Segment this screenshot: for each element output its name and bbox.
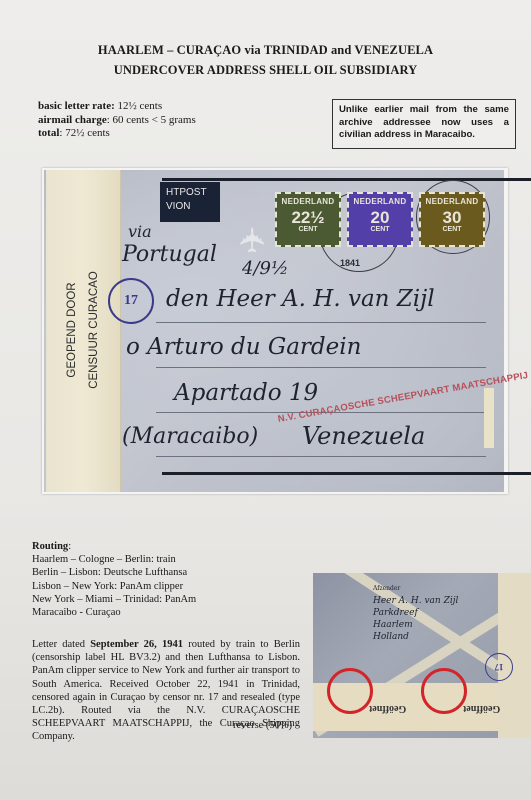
handwriting-note: 4/9½ xyxy=(242,258,288,279)
geoffnet-text: Geöffnet xyxy=(369,703,406,714)
stamp-value: 30 xyxy=(421,209,483,226)
address-rule xyxy=(156,322,486,323)
censor-label-text: GEOPEND DOOR CENSUUR CURACAO xyxy=(61,271,105,389)
sender-line: Haarlem xyxy=(373,619,458,631)
page-title: HAARLEM – CURAÇAO via TRINIDAD and VENEZ… xyxy=(0,43,531,58)
envelope-bottom-bar xyxy=(162,472,531,475)
routing-step: Haarlem – Cologne – Berlin: train xyxy=(32,553,196,566)
stamp: NEDERLAND 30 CENT xyxy=(419,192,485,247)
address-line-1: den Heer A. H. van Zijl xyxy=(166,286,435,312)
sender-line: Parkdreef xyxy=(373,607,458,619)
censor-number-stamp: 17 xyxy=(485,653,513,681)
stamp-value: 20 xyxy=(349,209,411,226)
stamp: NEDERLAND 20 CENT xyxy=(347,192,413,247)
stamp-value: 22½ xyxy=(277,209,339,226)
stamp-country: NEDERLAND xyxy=(421,197,483,206)
censor-label-line1: GEOPEND DOOR xyxy=(61,271,83,389)
airmail-label-line2: VION xyxy=(166,200,220,214)
basic-rate-value: 12½ cents xyxy=(115,100,162,112)
letter-date: September 26, 1941 xyxy=(90,639,183,650)
page-subtitle: UNDERCOVER ADDRESS SHELL OIL SUBSIDIARY xyxy=(0,63,531,78)
basic-rate: basic letter rate: 12½ cents xyxy=(38,100,196,114)
routing-step: New York – Miami – Trinidad: PanAm xyxy=(32,593,196,606)
airmail-label-line1: HTPOST xyxy=(166,186,220,200)
total-rate: total: 72½ cents xyxy=(38,127,196,141)
stamp-unit: CENT xyxy=(421,226,483,233)
routing-step: Lisbon – New York: PanAm clipper xyxy=(32,580,196,593)
airmail-label: HTPOST VION xyxy=(160,182,220,222)
stamp-country: NEDERLAND xyxy=(277,197,339,206)
envelope-front: HTPOST VION ✈ NEDERLAND 22½ CENT NEDERLA… xyxy=(44,170,504,492)
reverse-caption: reverse (50%) xyxy=(233,720,292,731)
envelope-reverse: Afzender Heer A. H. van Zijl Parkdreef H… xyxy=(313,573,531,738)
censor-label: GEOPEND DOOR CENSUUR CURACAO xyxy=(46,170,121,492)
censor-seal xyxy=(421,668,467,714)
handwriting-route: Portugal xyxy=(122,242,217,267)
address-country: Venezuela xyxy=(302,422,425,450)
envelope-top-bar xyxy=(162,178,531,181)
sender-line: Afzender xyxy=(373,583,458,595)
censor-label-line2: CENSUUR CURACAO xyxy=(83,271,105,389)
routing-step: Berlin – Lisbon: Deutsche Lufthansa xyxy=(32,566,196,579)
sender-address: Afzender Heer A. H. van Zijl Parkdreef H… xyxy=(373,583,458,643)
routing-step: Maracaibo - Curaçao xyxy=(32,606,196,619)
address-rule xyxy=(156,367,486,368)
address-line-2: o Arturo du Gardein xyxy=(126,334,361,360)
stamp-unit: CENT xyxy=(349,226,411,233)
stamp-unit: CENT xyxy=(277,226,339,233)
address-line-3: Apartado 19 xyxy=(174,380,318,406)
album-page: HAARLEM – CURAÇAO via TRINIDAD and VENEZ… xyxy=(0,0,531,800)
address-line-4: (Maracaibo) xyxy=(122,424,258,449)
postmark-year: 1841 xyxy=(340,258,360,268)
censor-label-edge xyxy=(484,388,494,448)
handwriting-via: via xyxy=(128,222,152,241)
description-pre: Letter dated xyxy=(32,639,90,650)
basic-rate-label: basic letter rate: xyxy=(38,100,115,112)
stamp-country: NEDERLAND xyxy=(349,197,411,206)
geoffnet-text: Geöffnet xyxy=(463,703,500,714)
postage-rates: basic letter rate: 12½ cents airmail cha… xyxy=(38,100,196,141)
total-rate-value: : 72½ cents xyxy=(59,127,109,139)
airmail-rate-label: airmail charge xyxy=(38,114,107,126)
sender-line: Heer A. H. van Zijl xyxy=(373,595,458,607)
note-box: Unlike earlier mail from the same archiv… xyxy=(332,99,516,149)
routing-section: Routing: Haarlem – Cologne – Berlin: tra… xyxy=(32,540,196,619)
airmail-rate: airmail charge: 60 cents < 5 grams xyxy=(38,114,196,128)
stamp: NEDERLAND 22½ CENT xyxy=(275,192,341,247)
total-rate-label: total xyxy=(38,127,59,139)
censor-seal xyxy=(327,668,373,714)
routing-heading: Routing: xyxy=(32,540,196,553)
address-rule xyxy=(156,456,486,457)
sender-line: Holland xyxy=(373,631,458,643)
censor-number-stamp: 17 xyxy=(108,278,154,324)
airmail-rate-value: : 60 cents < 5 grams xyxy=(107,114,196,126)
airplane-icon: ✈ xyxy=(233,226,273,255)
